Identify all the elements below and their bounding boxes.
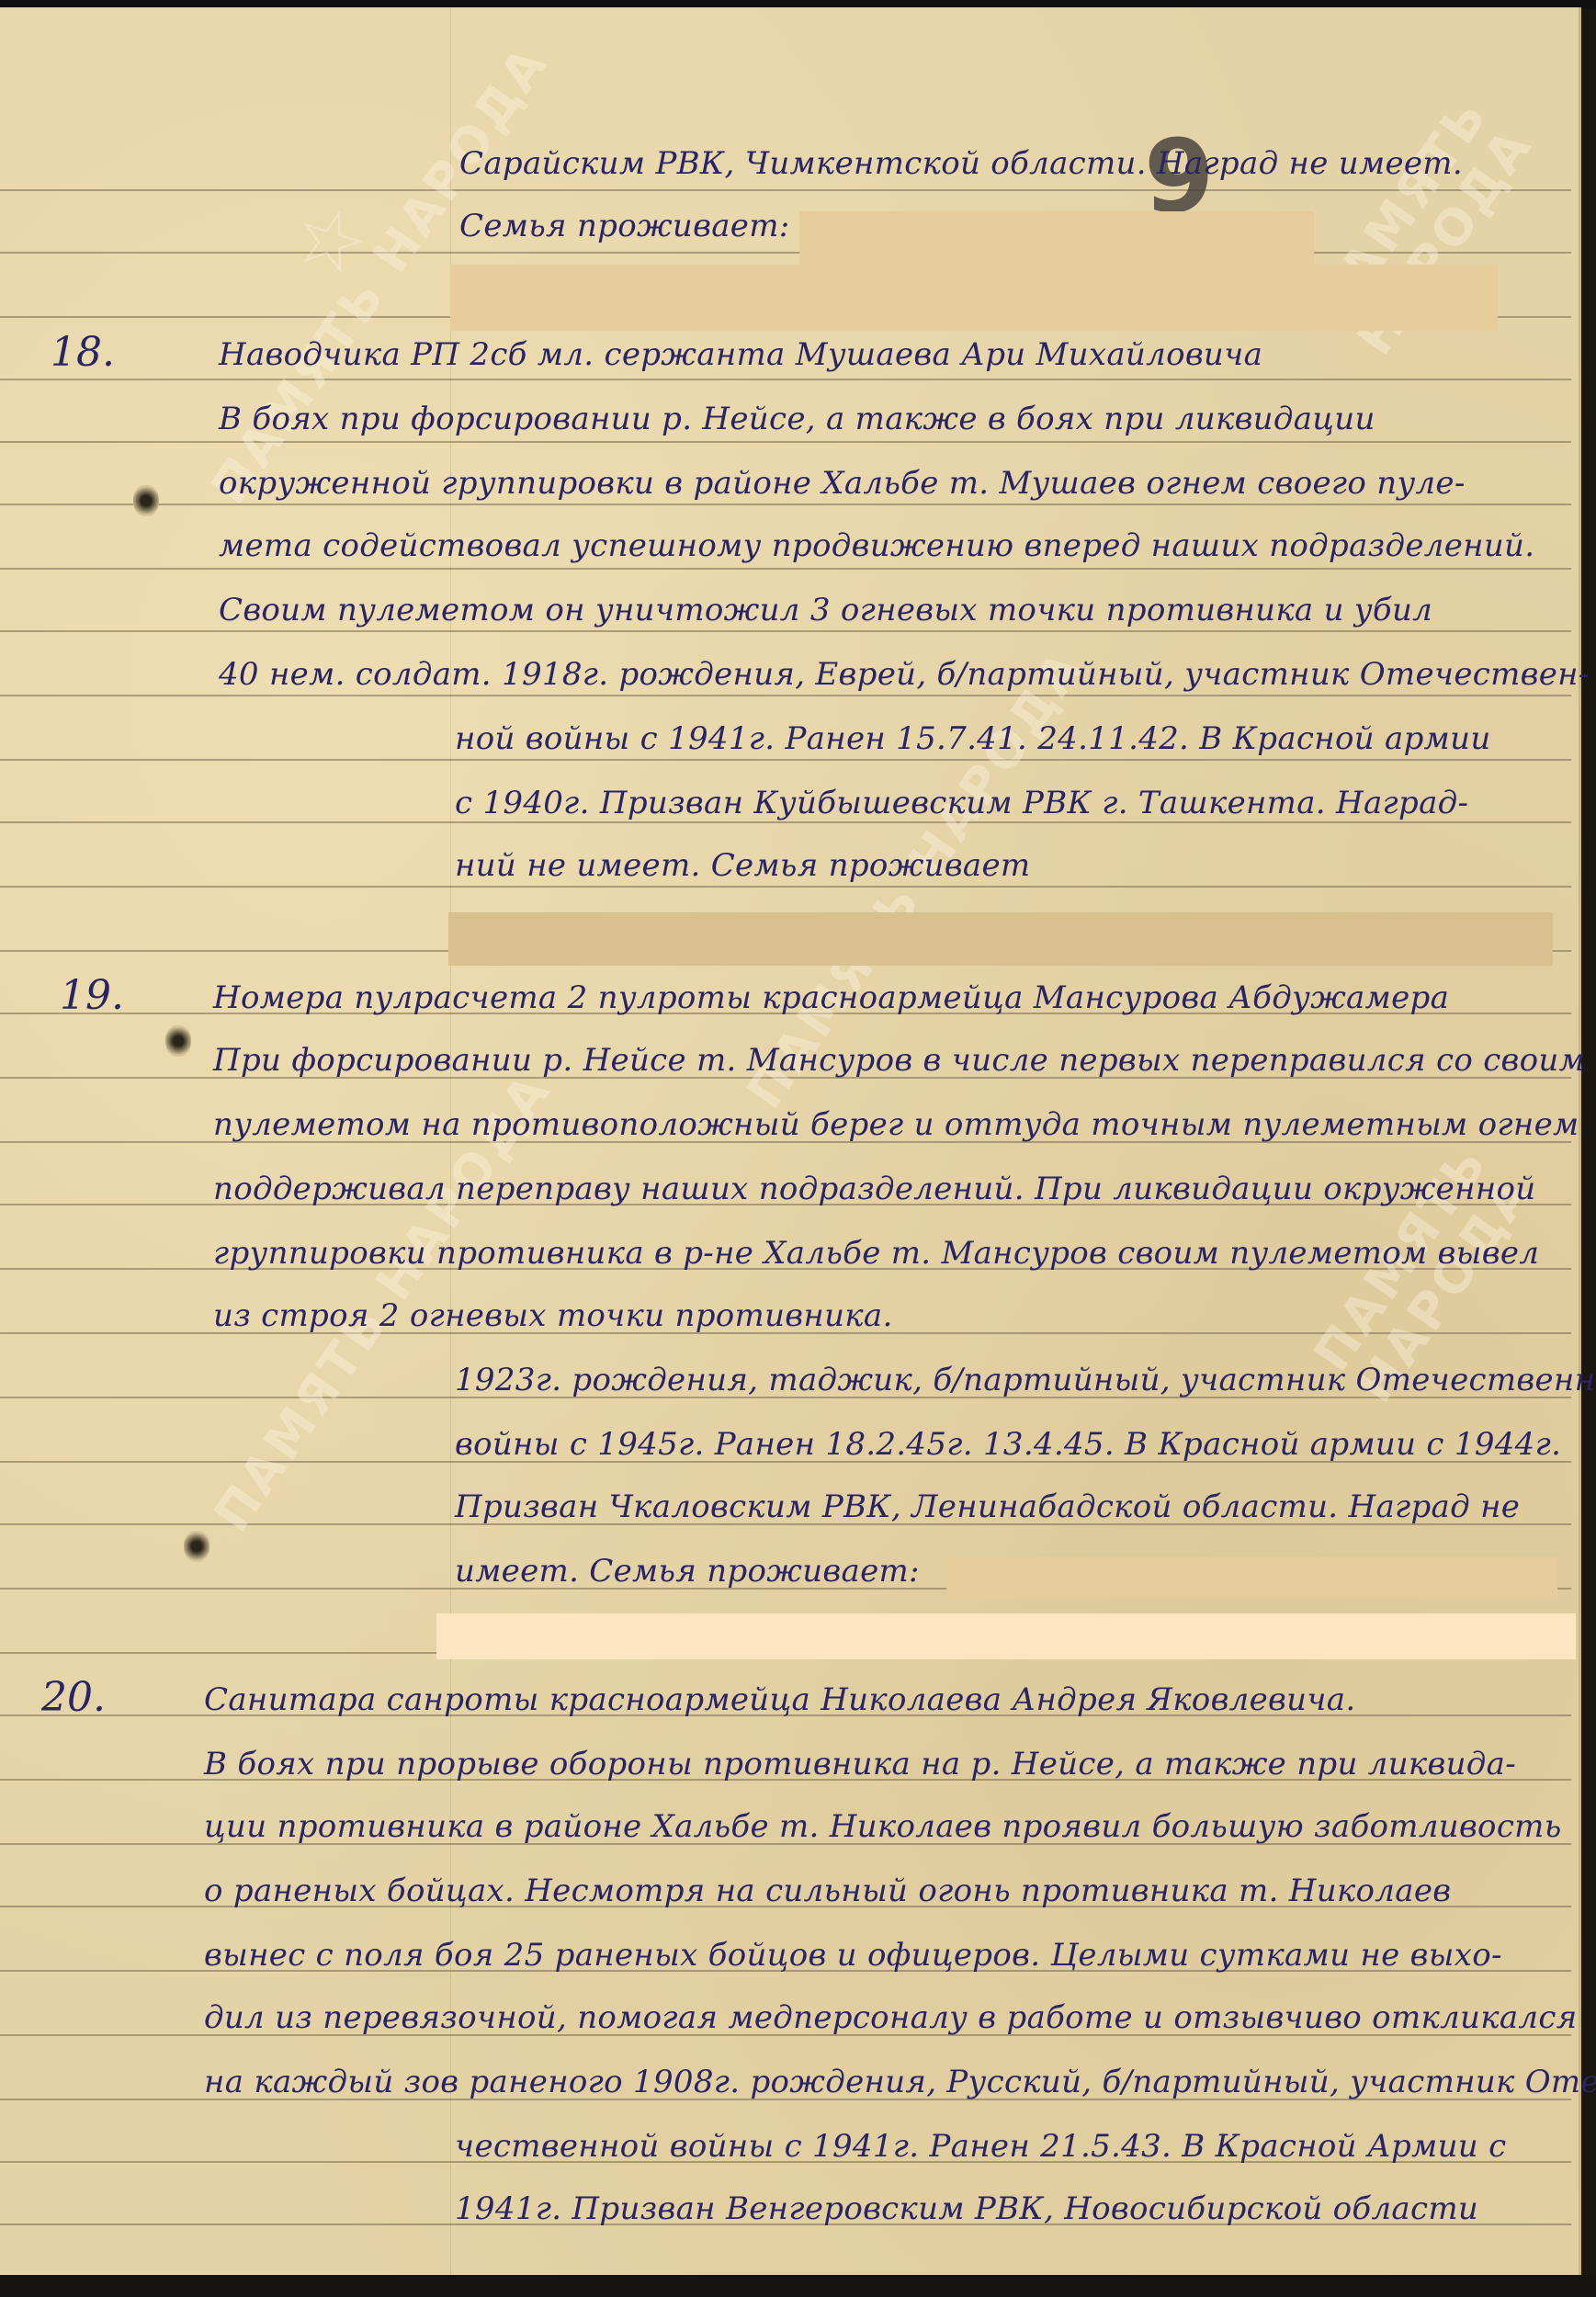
- ruled-line: [0, 252, 1571, 254]
- document-page: ☆ ПАМЯТЬ НАРОДА ПАМЯТЬ НАРОДА ПАМЯТЬ НАР…: [0, 7, 1581, 2277]
- entry-line: о раненых бойцах. Несмотря на сильный ог…: [204, 1873, 1451, 1909]
- entry-line: В боях при форсировании р. Нейсе, а такж…: [219, 401, 1375, 437]
- punch-hole: [165, 1025, 191, 1057]
- ruled-line: [0, 504, 1571, 505]
- ruled-line: [0, 568, 1571, 570]
- entry-line: вынес с поля боя 25 раненых бойцов и офи…: [204, 1937, 1502, 1974]
- entry-line: Призван Чкаловским РВК, Ленинабадской об…: [455, 1488, 1520, 1525]
- punch-hole: [133, 485, 159, 516]
- redaction-box: [799, 211, 1314, 272]
- ruled-line: [0, 695, 1571, 696]
- ruled-line: [0, 759, 1571, 761]
- entry-line: пулеметом на противоположный берег и отт…: [213, 1106, 1579, 1143]
- entry-line: При форсировании р. Нейсе т. Мансуров в …: [213, 1042, 1585, 1079]
- entry-line: Своим пулеметом он уничтожил 3 огневых т…: [219, 592, 1432, 628]
- entry-line: 1923г. рождения, таджик, б/партийный, уч…: [455, 1362, 1596, 1398]
- entry-line: В боях при прорыве обороны противника на…: [204, 1746, 1516, 1782]
- entry-line: из строя 2 огневых точки противника.: [213, 1297, 893, 1334]
- entry-line: на каждый зов раненого 1908г. рождения, …: [204, 2064, 1596, 2100]
- entry-line: ции противника в районе Хальбе т. Никола…: [204, 1808, 1562, 1845]
- ruled-line: [0, 886, 1571, 888]
- entry-line: имеет. Семья проживает:: [455, 1553, 920, 1590]
- ruled-line: [0, 189, 1571, 191]
- entry-line: с 1940г. Призван Куйбышевским РВК г. Таш…: [455, 785, 1468, 821]
- entry-line: ний не имеет. Семья проживает: [455, 847, 1030, 884]
- entry-line: Санитара санроты красноармейца Николаева…: [204, 1681, 1355, 1718]
- scan-bottom-edge: [0, 2275, 1596, 2297]
- ruled-line: [0, 630, 1571, 632]
- entry-line: группировки противника в р-не Хальбе т. …: [213, 1235, 1539, 1272]
- redaction-box: [448, 912, 1553, 966]
- entry-line: войны с 1945г. Ранен 18.2.45г. 13.4.45. …: [455, 1426, 1561, 1463]
- ruled-line: [0, 821, 1571, 823]
- entry-number: 18.: [51, 329, 115, 376]
- entry-number: 19.: [60, 972, 124, 1019]
- continuation-line: Семья проживает:: [459, 208, 790, 244]
- entry-number: 20.: [41, 1674, 106, 1721]
- entry-line: поддерживал переправу наших подразделени…: [213, 1171, 1535, 1207]
- entry-line: окруженной группировки в районе Хальбе т…: [219, 465, 1466, 502]
- entry-line: Номера пулрасчета 2 пулроты красноармейц…: [213, 979, 1449, 1016]
- entry-line: мета содействовал успешному продвижению …: [219, 527, 1534, 564]
- continuation-line: Сарайским РВК, Чимкентской области. Нагр…: [459, 145, 1463, 182]
- entry-line: дил из перевязочной, помогая медперсонал…: [204, 1999, 1578, 2036]
- entry-line: ной войны с 1941г. Ранен 15.7.41. 24.11.…: [455, 720, 1491, 757]
- watermark: ПАМЯТЬ НАРОДА: [1291, 68, 1556, 383]
- ruled-line: [0, 379, 1571, 380]
- entry-line: Наводчика РП 2сб мл. сержанта Мушаева Ар…: [219, 336, 1262, 373]
- redaction-box: [450, 265, 1498, 331]
- redaction-box: [946, 1556, 1557, 1599]
- punch-hole: [184, 1531, 209, 1562]
- redaction-box: [436, 1613, 1576, 1659]
- entry-line: чественной войны с 1941г. Ранен 21.5.43.…: [455, 2128, 1506, 2165]
- entry-line: 40 нем. солдат. 1918г. рождения, Еврей, …: [219, 656, 1590, 693]
- entry-line: 1941г. Призван Венгеровским РВК, Новосиб…: [455, 2190, 1478, 2227]
- ruled-line: [0, 441, 1571, 443]
